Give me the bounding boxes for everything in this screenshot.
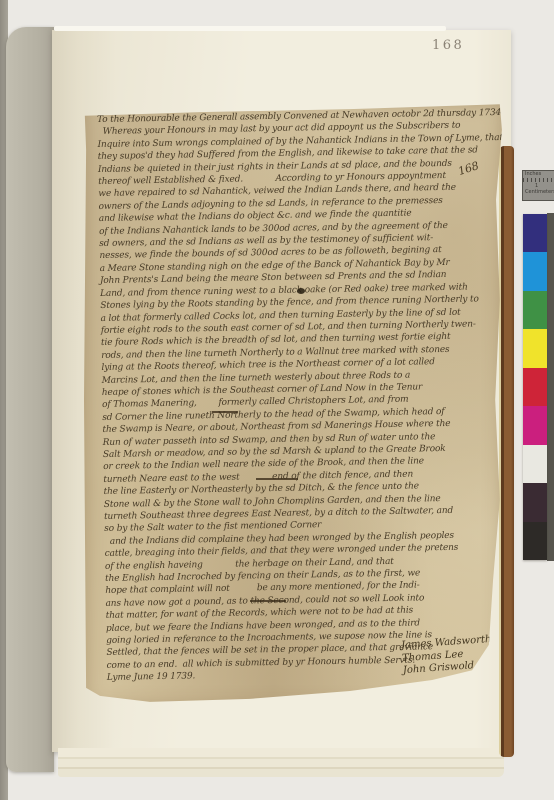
book-fore-edge: [499, 146, 514, 757]
color-patch: [523, 368, 547, 406]
manuscript-text: To the Honourable the Generall assembly …: [97, 107, 509, 685]
calibration-ruler: Inches 1 Centimeters: [522, 170, 554, 201]
color-patch: [523, 483, 547, 521]
color-patch: [523, 291, 547, 329]
color-patch: [523, 329, 547, 367]
page-bottom-edges: [58, 748, 504, 777]
ruler-inches-label: Inches: [523, 171, 554, 177]
strikethrough-mark: [212, 411, 238, 413]
color-patch: [523, 252, 547, 290]
ruler-tick-marks: [523, 178, 554, 182]
ink-blot: [297, 288, 305, 294]
manuscript-document: To the Honourable the Generall assembly …: [84, 100, 504, 708]
color-patch: [523, 522, 547, 560]
color-calibration-bar: [523, 214, 547, 560]
book-left-cover: [6, 27, 54, 772]
color-patch: [523, 406, 547, 444]
color-patch: [523, 214, 547, 252]
photograph-of-manuscript-page: 168 To the Honourable the Generall assem…: [0, 0, 554, 800]
color-patch: [523, 445, 547, 483]
ruler-centimeters-label: Centimeters: [523, 189, 554, 195]
printed-page-number: 168: [432, 38, 464, 53]
page-top-edge: [54, 26, 446, 31]
color-card-edge: [547, 213, 554, 561]
strikethrough-mark: [250, 600, 286, 602]
strikethrough-mark: [256, 478, 298, 480]
